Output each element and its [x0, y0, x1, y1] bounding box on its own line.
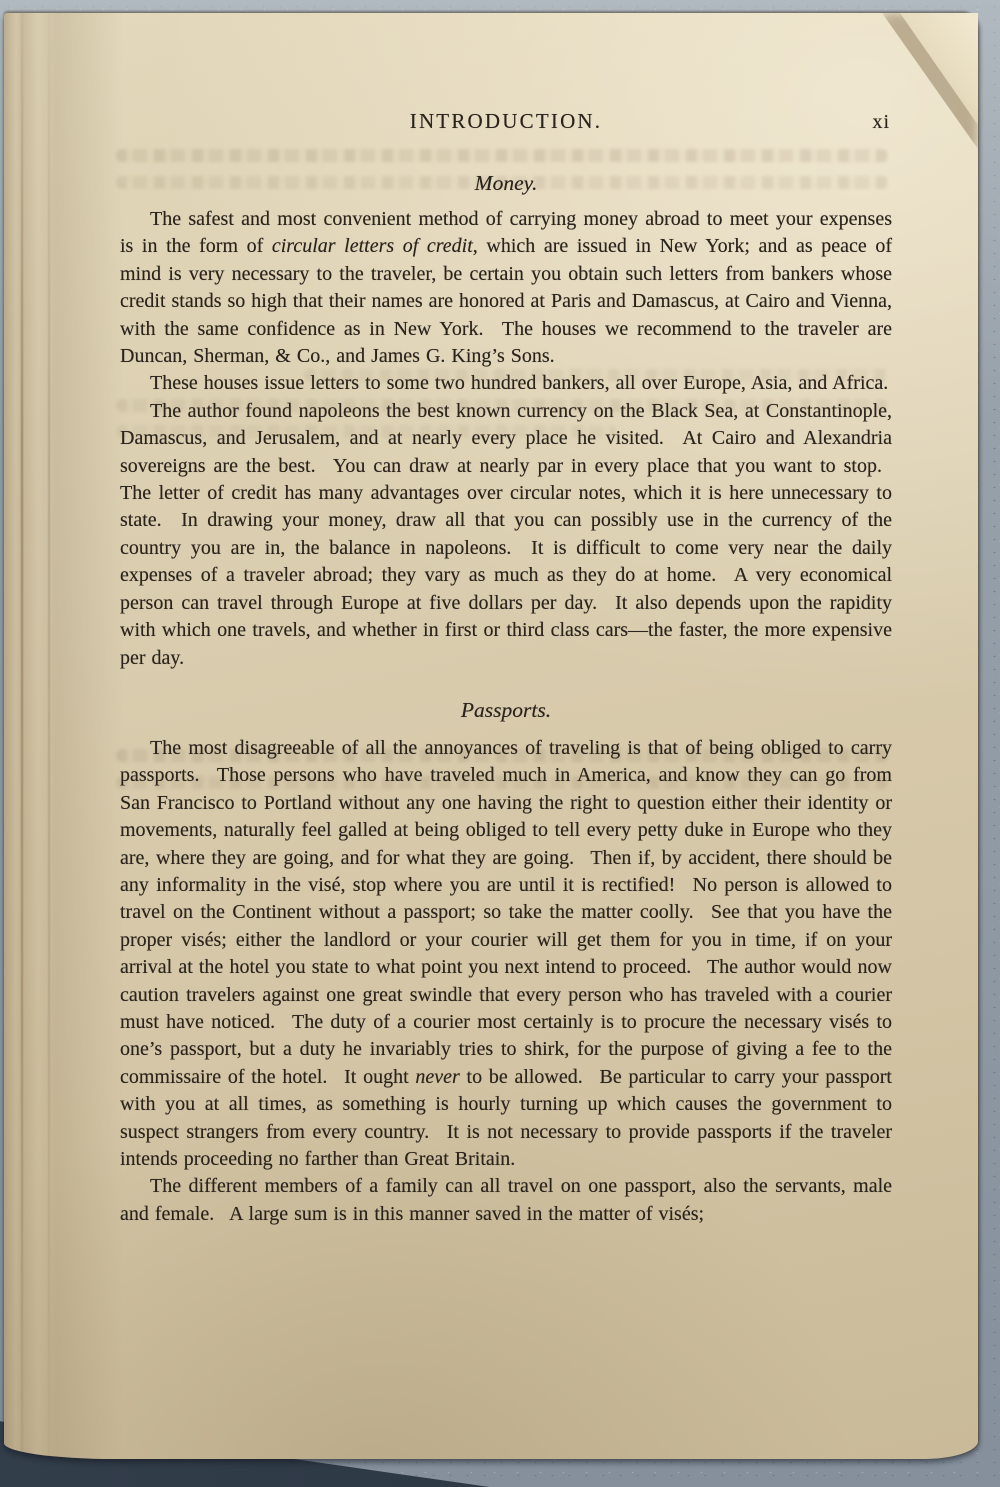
section-money: Money. The safest and most convenient me…	[120, 171, 892, 672]
paragraph: The different members of a family can al…	[120, 1173, 892, 1228]
section-passports: Passports. The most disagreeable of all …	[120, 698, 892, 1228]
binding-gutter-shadow	[4, 13, 124, 1459]
page-title: INTRODUCTION.	[410, 109, 603, 133]
paragraph: The most disagreeable of all the annoyan…	[120, 735, 892, 1174]
section-heading: Money.	[120, 171, 892, 196]
page-crease	[48, 13, 50, 1459]
paragraph: The safest and most convenient method of…	[120, 206, 892, 370]
scanned-book-page-scene: INTRODUCTION. xi Money. The safest and m…	[0, 0, 1000, 1487]
section-heading: Passports.	[120, 698, 892, 723]
paragraph: The author found napoleons the best know…	[120, 398, 892, 672]
page-number: xi	[872, 111, 890, 134]
section-body: The most disagreeable of all the annoyan…	[120, 735, 892, 1228]
paragraph: These houses issue letters to some two h…	[120, 370, 892, 397]
running-header: INTRODUCTION. xi	[120, 109, 892, 137]
page-content: INTRODUCTION. xi Money. The safest and m…	[120, 109, 892, 1228]
book-page: INTRODUCTION. xi Money. The safest and m…	[4, 13, 978, 1459]
page-crease	[21, 13, 23, 1459]
section-body: The safest and most convenient method of…	[120, 206, 892, 672]
